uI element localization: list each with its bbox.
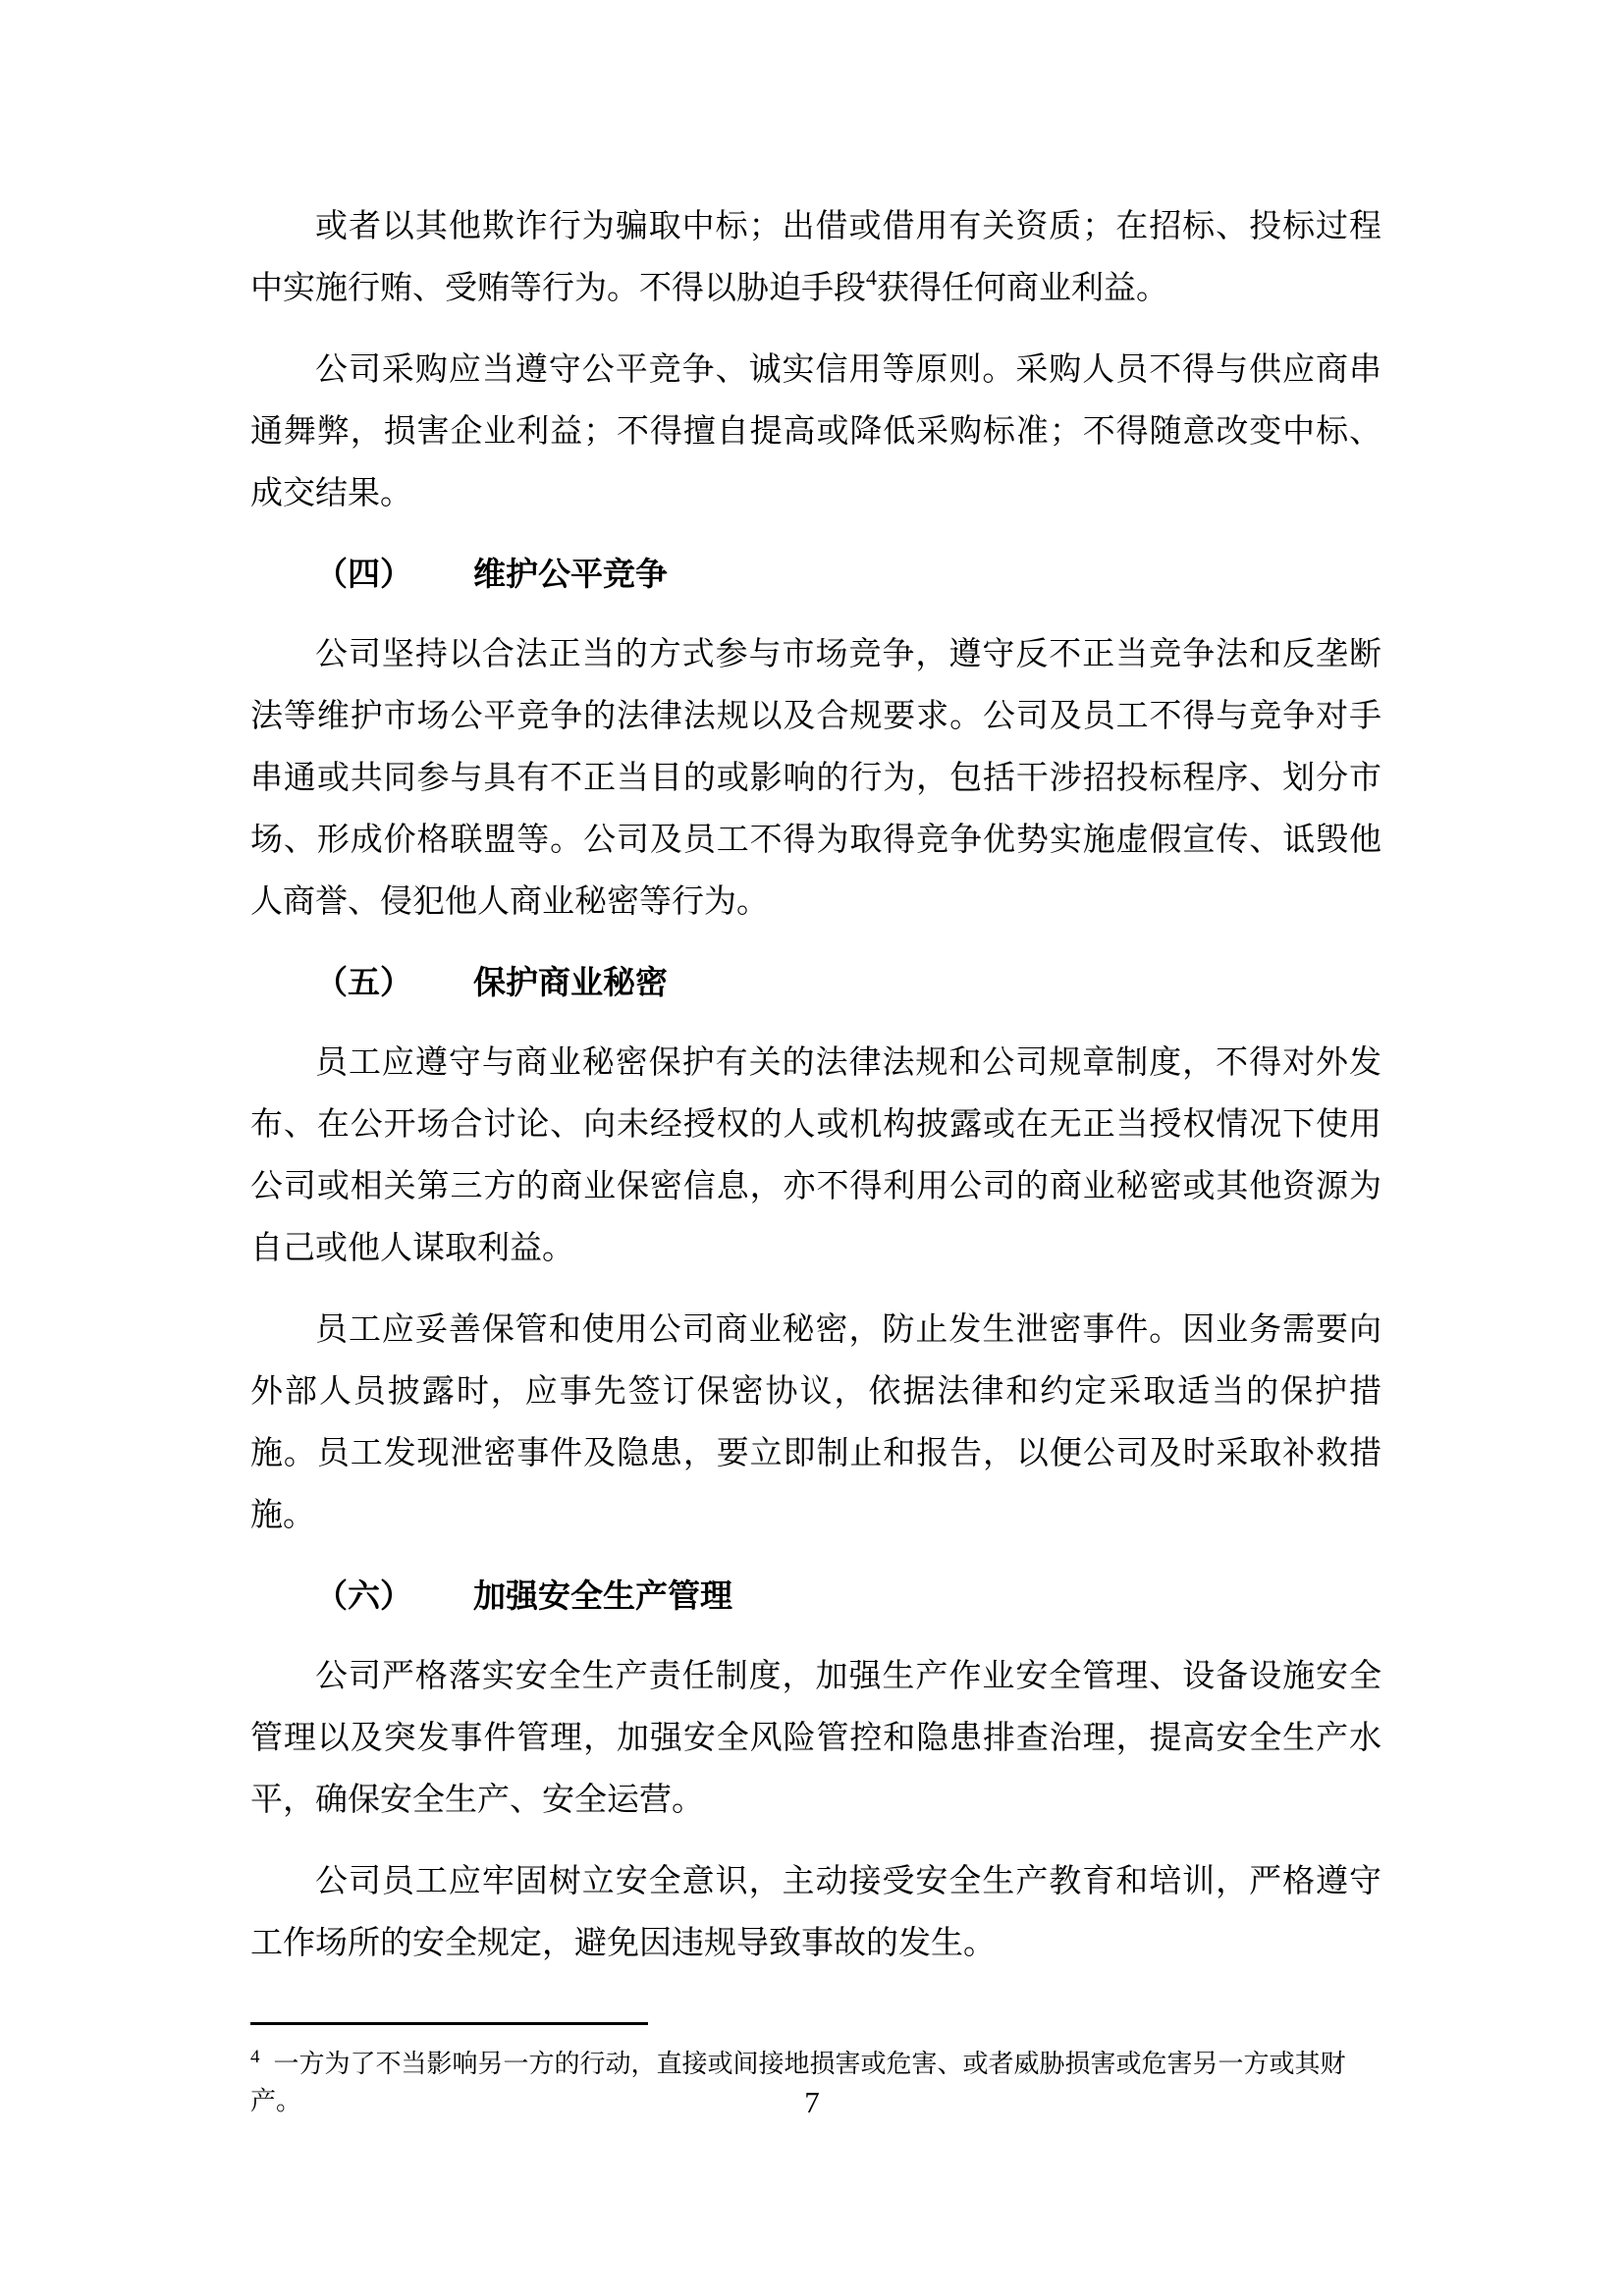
- section-heading-4: （四）维护公平竞争: [250, 545, 1381, 607]
- section-heading-4-number: （四）: [315, 558, 412, 593]
- section-heading-6-title: 加强安全生产管理: [473, 1579, 732, 1615]
- paragraph-safety-management: 公司严格落实安全生产责任制度，加强生产作业安全管理、设备设施安全管理以及突发事件…: [250, 1646, 1381, 1832]
- paragraph-bidding-conduct-text: 或者以其他欺诈行为骗取中标；出借或借用有关资质；在招标、投标过程中实施行贿、受贿…: [250, 209, 1381, 306]
- paragraph-bidding-conduct-text-cont: 获得任何商业利益。: [877, 271, 1168, 306]
- paragraph-procurement: 公司采购应当遵守公平竞争、诚实信用等原则。采购人员不得与供应商串通舞弊，损害企业…: [250, 340, 1381, 525]
- paragraph-fair-competition: 公司坚持以合法正当的方式参与市场竞争，遵守反不正当竞争法和反垄断法等维护市场公平…: [250, 624, 1381, 934]
- footnote-separator-rule: [250, 2022, 648, 2025]
- page-number: 7: [0, 2083, 1624, 2122]
- paragraph-trade-secret-safekeeping: 员工应妥善保管和使用公司商业秘密，防止发生泄密事件。因业务需要向外部人员披露时，…: [250, 1300, 1381, 1547]
- section-heading-5-number: （五）: [315, 966, 412, 1001]
- section-heading-6: （六）加强安全生产管理: [250, 1567, 1381, 1629]
- footnote-reference-4: 4: [866, 265, 877, 290]
- section-heading-6-number: （六）: [315, 1579, 412, 1615]
- section-heading-5-title: 保护商业秘密: [473, 966, 668, 1001]
- paragraph-bidding-conduct: 或者以其他欺诈行为骗取中标；出借或借用有关资质；在招标、投标过程中实施行贿、受贿…: [250, 196, 1381, 320]
- section-heading-4-title: 维护公平竞争: [473, 558, 668, 593]
- section-heading-5: （五）保护商业秘密: [250, 953, 1381, 1015]
- document-page: 或者以其他欺诈行为骗取中标；出借或借用有关资质；在招标、投标过程中实施行贿、受贿…: [0, 0, 1624, 2296]
- footnote-4-marker: 4: [250, 2047, 260, 2067]
- paragraph-safety-awareness: 公司员工应牢固树立安全意识，主动接受安全生产教育和培训，严格遵守工作场所的安全规…: [250, 1851, 1381, 1975]
- document-body: 或者以其他欺诈行为骗取中标；出借或借用有关资质；在招标、投标过程中实施行贿、受贿…: [250, 196, 1381, 1995]
- paragraph-trade-secret-compliance: 员工应遵守与商业秘密保护有关的法律法规和公司规章制度，不得对外发布、在公开场合讨…: [250, 1033, 1381, 1280]
